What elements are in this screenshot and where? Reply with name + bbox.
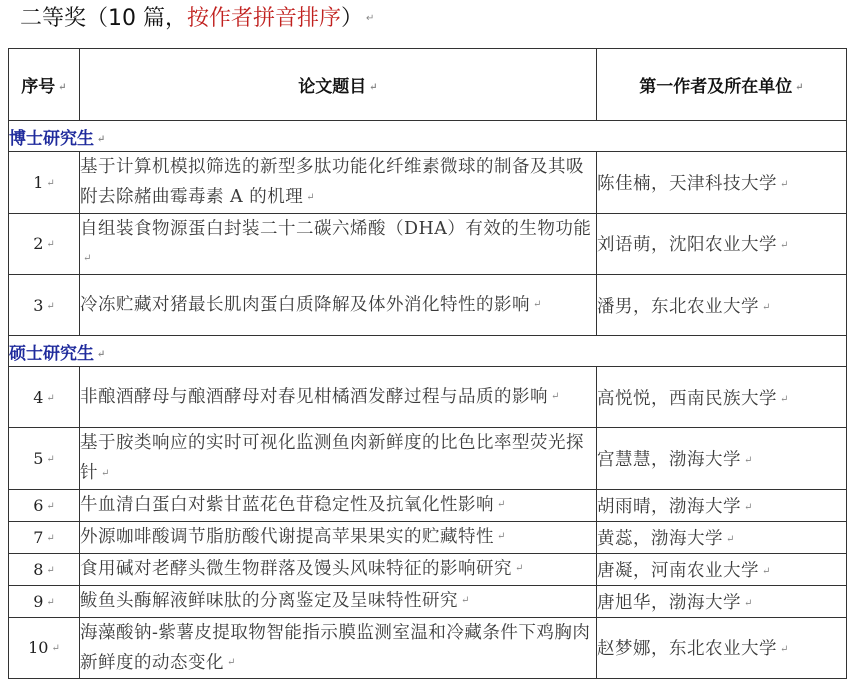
author-affiliation: 高悦悦，西南民族大学↵	[597, 367, 847, 428]
row-number-text: 4	[33, 388, 43, 407]
paper-title: 自组装食物源蛋白封装二十二碳六烯酸（DHA）有效的生物功能↵	[80, 213, 597, 275]
paragraph-mark-icon: ↵	[46, 501, 54, 512]
row-number-text: 3	[33, 296, 43, 315]
row-number: 6↵	[9, 489, 80, 521]
paragraph-mark-icon: ↵	[551, 391, 560, 402]
row-number: 10↵	[9, 617, 80, 679]
paragraph-mark-icon: ↵	[795, 82, 803, 93]
paper-title-text: 海藻酸钠-紫薯皮提取物智能指示膜监测室温和冷藏条件下鸡胸肉新鲜度的动态变化	[80, 623, 590, 673]
paragraph-mark-icon: ↵	[46, 454, 54, 465]
paper-title-text: 自组装食物源蛋白封装二十二碳六烯酸（DHA）有效的生物功能	[80, 219, 591, 239]
paragraph-mark-icon: ↵	[46, 239, 54, 250]
paper-title-text: 食用碱对老酵头微生物群落及馒头风味特征的影响研究	[80, 559, 512, 579]
page-title: 二等奖（10 篇，按作者拼音排序）↵	[20, 4, 374, 34]
table-row: 1↵ 基于计算机模拟筛选的新型多肽功能化纤维素微球的制备及其吸附去除赭曲霉毒素 …	[9, 152, 847, 214]
section-label-text: 硕士研究生	[9, 344, 94, 364]
author-affiliation: 陈佳楠，天津科技大学↵	[597, 152, 847, 214]
paragraph-mark-icon: ↵	[780, 644, 789, 655]
paper-title-text: 牛血清白蛋白对紫甘蓝花色苷稳定性及抗氧化性影响	[80, 495, 494, 515]
paragraph-mark-icon: ↵	[97, 134, 105, 145]
paragraph-mark-icon: ↵	[762, 302, 771, 313]
paragraph-mark-icon: ↵	[369, 82, 377, 93]
paper-title: 非酿酒酵母与酿酒酵母对春见柑橘酒发酵过程与品质的影响↵	[80, 367, 597, 428]
author-text: 赵梦娜，东北农业大学	[597, 639, 777, 659]
paper-title-text: 鲅鱼头酶解液鲜味肽的分离鉴定及呈味特性研究	[80, 591, 458, 611]
paragraph-mark-icon: ↵	[83, 253, 92, 264]
author-text: 宫慧慧，渤海大学	[597, 450, 741, 470]
row-number: 9↵	[9, 585, 80, 617]
author-affiliation: 黄蕊，渤海大学↵	[597, 521, 847, 553]
author-affiliation: 宫慧慧，渤海大学↵	[597, 428, 847, 490]
paragraph-mark-icon: ↵	[366, 13, 374, 24]
paper-title: 海藻酸钠-紫薯皮提取物智能指示膜监测室温和冷藏条件下鸡胸肉新鲜度的动态变化↵	[80, 617, 597, 679]
header-no-label: 序号	[21, 77, 55, 97]
paragraph-mark-icon: ↵	[46, 301, 54, 312]
paragraph-mark-icon: ↵	[744, 502, 753, 513]
paper-title: 冷冻贮藏对猪最长肌肉蛋白质降解及体外消化特性的影响↵	[80, 275, 597, 336]
row-number: 1↵	[9, 152, 80, 214]
paragraph-mark-icon: ↵	[46, 393, 54, 404]
author-text: 潘男，东北农业大学	[597, 297, 759, 317]
section-row-masters: 硕士研究生↵	[9, 336, 847, 367]
paper-title: 基于胺类响应的实时可视化监测鱼肉新鲜度的比色比率型荧光探针↵	[80, 428, 597, 490]
paragraph-mark-icon: ↵	[780, 179, 789, 190]
paragraph-mark-icon: ↵	[227, 657, 236, 668]
paragraph-mark-icon: ↵	[780, 394, 789, 405]
paragraph-mark-icon: ↵	[46, 565, 54, 576]
row-number-text: 10	[28, 638, 48, 657]
title-highlight: 按作者拼音排序	[187, 6, 341, 31]
paragraph-mark-icon: ↵	[726, 534, 735, 545]
paragraph-mark-icon: ↵	[497, 499, 506, 510]
paragraph-mark-icon: ↵	[762, 566, 771, 577]
paragraph-mark-icon: ↵	[97, 349, 105, 360]
paragraph-mark-icon: ↵	[101, 468, 110, 479]
author-text: 陈佳楠，天津科技大学	[597, 174, 777, 194]
row-number-text: 2	[33, 234, 43, 253]
table-row: 4↵ 非酿酒酵母与酿酒酵母对春见柑橘酒发酵过程与品质的影响↵ 高悦悦，西南民族大…	[9, 367, 847, 428]
header-no: 序号↵	[9, 49, 80, 121]
paper-title-text: 非酿酒酵母与酿酒酵母对春见柑橘酒发酵过程与品质的影响	[80, 387, 548, 407]
row-number-text: 8	[33, 560, 43, 579]
author-text: 唐旭华，渤海大学	[597, 593, 741, 613]
row-number-text: 1	[33, 173, 43, 192]
paper-title-text: 冷冻贮藏对猪最长肌肉蛋白质降解及体外消化特性的影响	[80, 295, 530, 315]
author-affiliation: 唐凝，河南农业大学↵	[597, 553, 847, 585]
row-number: 8↵	[9, 553, 80, 585]
row-number: 7↵	[9, 521, 80, 553]
table-row: 9↵ 鲅鱼头酶解液鲜味肽的分离鉴定及呈味特性研究↵ 唐旭华，渤海大学↵	[9, 585, 847, 617]
paper-title: 鲅鱼头酶解液鲜味肽的分离鉴定及呈味特性研究↵	[80, 585, 597, 617]
paragraph-mark-icon: ↵	[46, 597, 54, 608]
header-title-label: 论文题目	[298, 77, 366, 97]
section-label-text: 博士研究生	[9, 129, 94, 149]
header-title: 论文题目↵	[80, 49, 597, 121]
author-affiliation: 唐旭华，渤海大学↵	[597, 585, 847, 617]
paragraph-mark-icon: ↵	[497, 531, 506, 542]
table-row: 5↵ 基于胺类响应的实时可视化监测鱼肉新鲜度的比色比率型荧光探针↵ 宫慧慧，渤海…	[9, 428, 847, 490]
author-text: 黄蕊，渤海大学	[597, 529, 723, 549]
paragraph-mark-icon: ↵	[744, 455, 753, 466]
table-row: 3↵ 冷冻贮藏对猪最长肌肉蛋白质降解及体外消化特性的影响↵ 潘男，东北农业大学↵	[9, 275, 847, 336]
author-text: 高悦悦，西南民族大学	[597, 389, 777, 409]
row-number-text: 6	[33, 496, 43, 515]
section-row-phd: 博士研究生↵	[9, 121, 847, 152]
row-number-text: 5	[33, 449, 43, 468]
header-author: 第一作者及所在单位↵	[597, 49, 847, 121]
row-number-text: 7	[33, 528, 43, 547]
section-label-masters: 硕士研究生↵	[9, 336, 847, 367]
paper-title: 食用碱对老酵头微生物群落及馒头风味特征的影响研究↵	[80, 553, 597, 585]
table-row: 10↵ 海藻酸钠-紫薯皮提取物智能指示膜监测室温和冷藏条件下鸡胸肉新鲜度的动态变…	[9, 617, 847, 679]
author-text: 刘语萌，沈阳农业大学	[597, 235, 777, 255]
paragraph-mark-icon: ↵	[461, 595, 470, 606]
title-suffix: ）	[341, 6, 363, 31]
paragraph-mark-icon: ↵	[46, 533, 54, 544]
paper-title: 外源咖啡酸调节脂肪酸代谢提高苹果果实的贮藏特性↵	[80, 521, 597, 553]
row-number: 2↵	[9, 213, 80, 275]
paper-title-text: 外源咖啡酸调节脂肪酸代谢提高苹果果实的贮藏特性	[80, 527, 494, 547]
author-text: 胡雨晴，渤海大学	[597, 497, 741, 517]
paragraph-mark-icon: ↵	[515, 563, 524, 574]
table-header-row: 序号↵ 论文题目↵ 第一作者及所在单位↵	[9, 49, 847, 121]
author-text: 唐凝，河南农业大学	[597, 561, 759, 581]
author-affiliation: 刘语萌，沈阳农业大学↵	[597, 213, 847, 275]
paper-title-text: 基于计算机模拟筛选的新型多肽功能化纤维素微球的制备及其吸附去除赭曲霉毒素 A 的…	[80, 157, 584, 207]
table-row: 7↵ 外源咖啡酸调节脂肪酸代谢提高苹果果实的贮藏特性↵ 黄蕊，渤海大学↵	[9, 521, 847, 553]
row-number-text: 9	[33, 592, 43, 611]
row-number: 3↵	[9, 275, 80, 336]
paragraph-mark-icon: ↵	[51, 643, 59, 654]
paper-title: 牛血清白蛋白对紫甘蓝花色苷稳定性及抗氧化性影响↵	[80, 489, 597, 521]
author-affiliation: 潘男，东北农业大学↵	[597, 275, 847, 336]
table-row: 6↵ 牛血清白蛋白对紫甘蓝花色苷稳定性及抗氧化性影响↵ 胡雨晴，渤海大学↵	[9, 489, 847, 521]
paragraph-mark-icon: ↵	[533, 299, 542, 310]
header-author-label: 第一作者及所在单位	[639, 77, 792, 97]
paragraph-mark-icon: ↵	[46, 178, 54, 189]
author-affiliation: 赵梦娜，东北农业大学↵	[597, 617, 847, 679]
paragraph-mark-icon: ↵	[744, 598, 753, 609]
table-row: 8↵ 食用碱对老酵头微生物群落及馒头风味特征的影响研究↵ 唐凝，河南农业大学↵	[9, 553, 847, 585]
paragraph-mark-icon: ↵	[306, 192, 315, 203]
table-row: 2↵ 自组装食物源蛋白封装二十二碳六烯酸（DHA）有效的生物功能↵ 刘语萌，沈阳…	[9, 213, 847, 275]
author-affiliation: 胡雨晴，渤海大学↵	[597, 489, 847, 521]
award-table: 序号↵ 论文题目↵ 第一作者及所在单位↵ 博士研究生↵ 1↵ 基于计算机模拟筛选…	[8, 48, 847, 679]
paper-title: 基于计算机模拟筛选的新型多肽功能化纤维素微球的制备及其吸附去除赭曲霉毒素 A 的…	[80, 152, 597, 214]
paragraph-mark-icon: ↵	[780, 240, 789, 251]
paper-title-text: 基于胺类响应的实时可视化监测鱼肉新鲜度的比色比率型荧光探针	[80, 433, 584, 483]
paragraph-mark-icon: ↵	[58, 82, 66, 93]
row-number: 4↵	[9, 367, 80, 428]
title-prefix: 二等奖（10 篇，	[20, 6, 187, 31]
row-number: 5↵	[9, 428, 80, 490]
section-label-phd: 博士研究生↵	[9, 121, 847, 152]
